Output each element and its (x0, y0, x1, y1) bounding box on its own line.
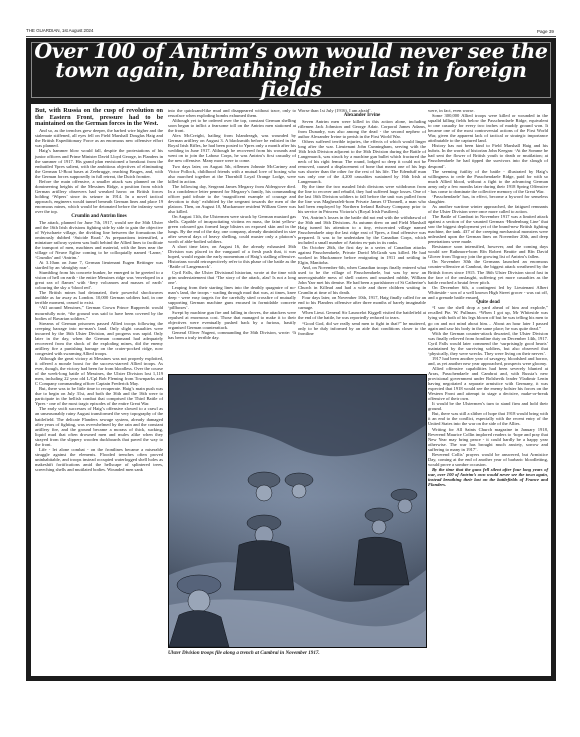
paragraph: Haig’s hammer blow would fall, despite t… (35, 148, 163, 178)
closing-paragraph: By the time that the guns fell silent af… (428, 467, 548, 487)
paragraph: On December 6th, a contingent led by Lie… (428, 285, 548, 300)
paragraph: When Lieut. General Sir Launcelot Kiggel… (298, 310, 426, 320)
publication-date: THE GUARDIAN, 1st August 2024 (26, 28, 93, 33)
headline: Over 100 of Antrim’s own would never see… (32, 42, 550, 99)
photo-caption: Ulster Division troops file along a tren… (168, 650, 425, 656)
paragraph: It would be the Ulstermen’s turn to stan… (428, 401, 548, 411)
paragraph: into the quicksand-like mud and disappea… (168, 108, 296, 118)
paragraph: Writing for All Saints Church magazine i… (428, 427, 548, 452)
paragraph: Resistance soon intensified, however, an… (428, 244, 548, 259)
masthead-rule (26, 36, 556, 37)
paragraph: Although the great victory at Messines w… (35, 356, 163, 386)
paragraph: The following day, Sergeant James Megarr… (168, 184, 296, 214)
paragraph: And, on November 6th, when Canadian troo… (298, 265, 426, 295)
paragraph: Alex McCreight, hailing from Islandreagh… (168, 133, 296, 163)
paragraph: The seeming futility of the battle - ill… (428, 169, 548, 194)
column-1: But, with Russia on the cusp of revoluti… (35, 108, 163, 472)
paragraph: “I saw the shell drop a yard ahead of hi… (428, 305, 548, 330)
paragraph: Two days later, on August 5th, riflemen … (168, 164, 296, 184)
lead-paragraph: But, with Russia on the cusp of revoluti… (35, 108, 163, 128)
paragraph: Cyril Falls, the Ulster Divisional histo… (168, 270, 296, 285)
paragraph: “Good God, did we really send men to fig… (298, 321, 426, 336)
paragraph: At 3.10am on June 7, German lieutenant E… (35, 260, 163, 270)
paragraph: Yet, Antrim’s losses in the battle did n… (298, 215, 426, 245)
paragraph: Swept by machine gun fire and falling in… (168, 310, 296, 330)
paragraph: Four days later, on November 10th, 1917,… (298, 295, 426, 310)
paragraph: The attack, planned for June 7th, 1917, … (35, 220, 163, 260)
paragraph: A short time later, on August 16, the al… (168, 244, 296, 269)
paragraph: Although yet to be ordered over the top,… (168, 118, 296, 133)
paragraph: 1917 had been another year of savagery, … (428, 356, 548, 366)
paragraph: But, there was still a slither of hope t… (428, 411, 548, 426)
paragraph: On August 11th, the Ulstermen were struc… (168, 214, 296, 244)
paragraph: History has not been kind to Field Marsh… (428, 143, 548, 168)
paragraph: Others suffered terrible injuries, the e… (298, 139, 426, 184)
paragraph: Before the main offensive, a smaller att… (35, 179, 163, 214)
paragraph: ‘Passchendaele’ has, in effect, become a… (428, 194, 548, 204)
paragraph: Life - let alone combat - on the frontli… (35, 447, 163, 472)
paragraph: But, there was to be little time to recu… (35, 386, 163, 406)
column-4: were, in fact, even worse. Some 300,000 … (428, 108, 548, 487)
paragraph: Stumbling from his concrete bunker, he e… (35, 270, 163, 290)
paragraph: With the German counter-attack thwarted,… (428, 331, 548, 356)
paragraph: The early swift successes of Haig’s offe… (35, 406, 163, 446)
article-body: But, with Russia on the cusp of revoluti… (31, 104, 551, 676)
paragraph: Reverend Collis’ prayers would be answer… (428, 452, 548, 467)
paragraph: As another wartime winter approached, th… (428, 204, 548, 214)
paragraph: General Oliver Nugent, commanding the 36… (168, 330, 296, 340)
paragraph: The Battle of Cambrai in November 1917 w… (428, 214, 548, 244)
paragraph: Some 300,000 Allied troops were killed o… (428, 113, 548, 143)
paragraph: “All around Messines,” German Crown Prin… (35, 305, 163, 320)
paragraph: Allied offensive capabilities had been s… (428, 366, 548, 401)
paragraph: On November 30th the Germans launched an… (428, 259, 548, 284)
paragraph: And so, as the trenches grew deeper, the… (35, 128, 163, 148)
paragraph: The British mines had detonated, their p… (35, 290, 163, 305)
paragraph: By the time the two mauled Irish divisio… (298, 184, 426, 214)
paragraph: On October 26th, the first day in a seri… (298, 245, 426, 265)
column-2: into the quicksand-like mud and disappea… (168, 108, 296, 373)
page-number: Page 39 (537, 29, 554, 34)
trench-photo (168, 374, 427, 648)
paragraph: Seven Antrim men were killed in this act… (298, 119, 426, 139)
photo-image (169, 375, 426, 647)
column-3: Worse than 1st July (1916), I am afraid’… (298, 108, 426, 373)
paragraph: Leaping from their starting lines into t… (168, 285, 296, 310)
headline-box: Over 100 of Antrim’s own would never see… (31, 42, 551, 98)
paragraph: Streams of German prisoners passed Allie… (35, 321, 163, 356)
